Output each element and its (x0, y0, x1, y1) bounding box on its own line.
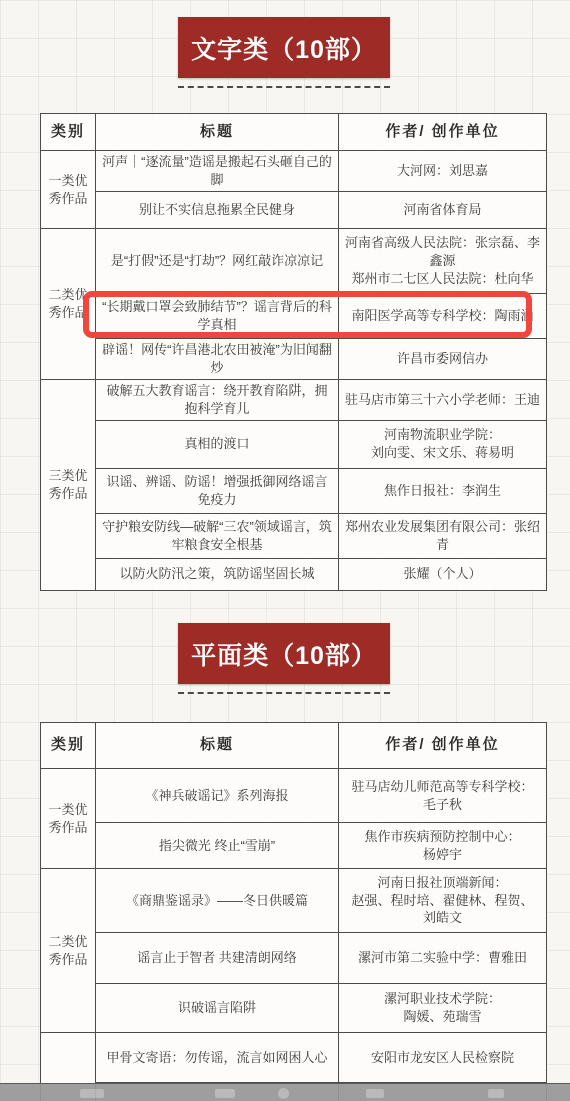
author-cell: 河南物流职业学院： 刘向雯、宋文乐、蒋易明 (339, 420, 547, 468)
table-header-row: 类别标题作者/ 创作单位 (41, 723, 547, 769)
category-cell: 三类优秀作品 (41, 379, 96, 590)
author-cell: 漯河市第二实验中学：曹雅田 (339, 933, 547, 984)
title-cell: “长期戴口罩会致肺结节”？谣言背后的科学真相 (96, 294, 339, 339)
author-cell: 漯河职业技术学院： 陶媛、苑瑞雪 (339, 984, 547, 1033)
category-cell: 一类优秀作品 (41, 151, 96, 229)
title-cell: 真相的渡口 (96, 420, 339, 468)
table-row: 以防火防汛之策，筑防谣坚固长城张耀（个人） (41, 558, 547, 590)
author-cell: 驻马店幼儿师范高等专科学校： 毛子秋 (339, 769, 547, 823)
category-cell: 一类优秀作品 (41, 769, 96, 869)
title-cell: 辟谣！网传“许昌港北农田被淹”为旧闻翻炒 (96, 339, 339, 380)
author-cell: 河南省体育局 (339, 192, 547, 229)
table-row: 守护粮安防线—破解“三农”领域谣言，筑牢粮食安全根基郑州农业发展集团有限公司：张… (41, 513, 547, 558)
author-cell: 大河网：刘思嘉 (339, 151, 547, 192)
category-cell: 二类优秀作品 (41, 869, 96, 1033)
table-header-row: 类别标题作者/ 创作单位 (41, 114, 547, 151)
title-cell: 别让不实信息拖累全民健身 (96, 192, 339, 229)
page: 文字类（10部） 类别标题作者/ 创作单位一类优秀作品河声｜“逐流量”造谣是搬起… (0, 0, 570, 1101)
table-row: 别让不实信息拖累全民健身河南省体育局 (41, 192, 547, 229)
author-cell: 焦作日报社：李润生 (339, 468, 547, 513)
table-row-highlighted: “长期戴口罩会致肺结节”？谣言背后的科学真相南阳医学高等专科学校：陶雨涵 (41, 294, 547, 339)
overlay-ghost-shape (278, 1088, 289, 1099)
author-cell: 许昌市委网信办 (339, 339, 547, 380)
title-cell: 《神兵破谣记》系列海报 (96, 769, 339, 823)
title-cell: 识谣、辨谣、防谣！增强抵御网络谣言免疫力 (96, 468, 339, 513)
title-cell: 是“打假”还是“打劫”？网红敲诈凉凉记 (96, 229, 339, 294)
table-row: 二类优秀作品《商鼎鉴谣录》——冬日供暖篇河南日报社顶端新闻： 赵强、程时培、翟健… (41, 869, 547, 933)
table-row: 一类优秀作品《神兵破谣记》系列海报驻马店幼儿师范高等专科学校： 毛子秋 (41, 769, 547, 823)
title-cell: 守护粮安防线—破解“三农”领域谣言，筑牢粮食安全根基 (96, 513, 339, 558)
table-row: 识破谣言陷阱漯河职业技术学院： 陶媛、苑瑞雪 (41, 984, 547, 1033)
banner-label: 文字类（10部） (191, 30, 377, 66)
table-row: 识谣、辨谣、防谣！增强抵御网络谣言免疫力焦作日报社：李润生 (41, 468, 547, 513)
overlay-ghost-shape (80, 1089, 104, 1098)
author-cell: 驻马店市第三十六小学老师：王迪 (339, 379, 547, 420)
title-cell: 破解五大教育谣言：绕开教育陷阱，拥抱科学育儿 (96, 379, 339, 420)
overlay-ghost-shape (215, 1089, 235, 1098)
title-cell: 河声｜“逐流量”造谣是搬起石头砸自己的脚 (96, 151, 339, 192)
table-row: 二类优秀作品是“打假”还是“打劫”？网红敲诈凉凉记河南省高级人民法院：张宗磊、李… (41, 229, 547, 294)
section-banner-graphic-category: 平面类（10部） (178, 623, 390, 684)
title-cell: 指尖微光 终止“雪崩” (96, 823, 339, 869)
section-banner-text-category: 文字类（10部） (178, 17, 390, 78)
column-header-title: 标题 (96, 723, 339, 769)
awards-table-text: 类别标题作者/ 创作单位一类优秀作品河声｜“逐流量”造谣是搬起石头砸自己的脚大河… (40, 113, 547, 591)
column-header-category: 类别 (41, 114, 96, 151)
column-header-author: 作者/ 创作单位 (339, 114, 547, 151)
title-cell: 识破谣言陷阱 (96, 984, 339, 1033)
table-row: 谣言止于智者 共建清朗网络漯河市第二实验中学：曹雅田 (41, 933, 547, 984)
author-cell: 河南省高级人民法院：张宗磊、李鑫源 郑州市二七区人民法院：杜向华 (339, 229, 547, 294)
category-cell: 二类优秀作品 (41, 229, 96, 380)
table-row: 真相的渡口河南物流职业学院： 刘向雯、宋文乐、蒋易明 (41, 420, 547, 468)
awards-table-graphic: 类别标题作者/ 创作单位一类优秀作品《神兵破谣记》系列海报驻马店幼儿师范高等专科… (40, 722, 547, 1101)
overlay-ghost-shape (488, 1089, 504, 1098)
player-overlay-bar (0, 1083, 570, 1101)
column-header-category: 类别 (41, 723, 96, 769)
table-row: 甲骨文寄语：勿传谣，流言如网困人心安阳市龙安区人民检察院 (41, 1033, 547, 1083)
banner-label: 平面类（10部） (191, 636, 377, 672)
author-cell: 河南日报社顶端新闻： 赵强、程时培、翟健林、程贺、 刘皓文 (339, 869, 547, 933)
title-cell: 甲骨文寄语：勿传谣，流言如网困人心 (96, 1033, 339, 1083)
overlay-ghost-shape (366, 1089, 384, 1098)
dashed-divider (178, 86, 390, 88)
author-cell: 张耀（个人） (339, 558, 547, 590)
table-row: 指尖微光 终止“雪崩”焦作市疾病预防控制中心： 杨婷宇 (41, 823, 547, 869)
author-cell: 南阳医学高等专科学校：陶雨涵 (339, 294, 547, 339)
author-cell: 郑州农业发展集团有限公司：张绍青 (339, 513, 547, 558)
title-cell: 谣言止于智者 共建清朗网络 (96, 933, 339, 984)
table-row: 一类优秀作品河声｜“逐流量”造谣是搬起石头砸自己的脚大河网：刘思嘉 (41, 151, 547, 192)
column-header-author: 作者/ 创作单位 (339, 723, 547, 769)
title-cell: 以防火防汛之策，筑防谣坚固长城 (96, 558, 339, 590)
author-cell: 焦作市疾病预防控制中心： 杨婷宇 (339, 823, 547, 869)
table-row: 辟谣！网传“许昌港北农田被淹”为旧闻翻炒许昌市委网信办 (41, 339, 547, 380)
author-cell: 安阳市龙安区人民检察院 (339, 1033, 547, 1083)
table-row: 三类优秀作品破解五大教育谣言：绕开教育陷阱，拥抱科学育儿驻马店市第三十六小学老师… (41, 379, 547, 420)
column-header-title: 标题 (96, 114, 339, 151)
dashed-divider (178, 692, 390, 694)
title-cell: 《商鼎鉴谣录》——冬日供暖篇 (96, 869, 339, 933)
